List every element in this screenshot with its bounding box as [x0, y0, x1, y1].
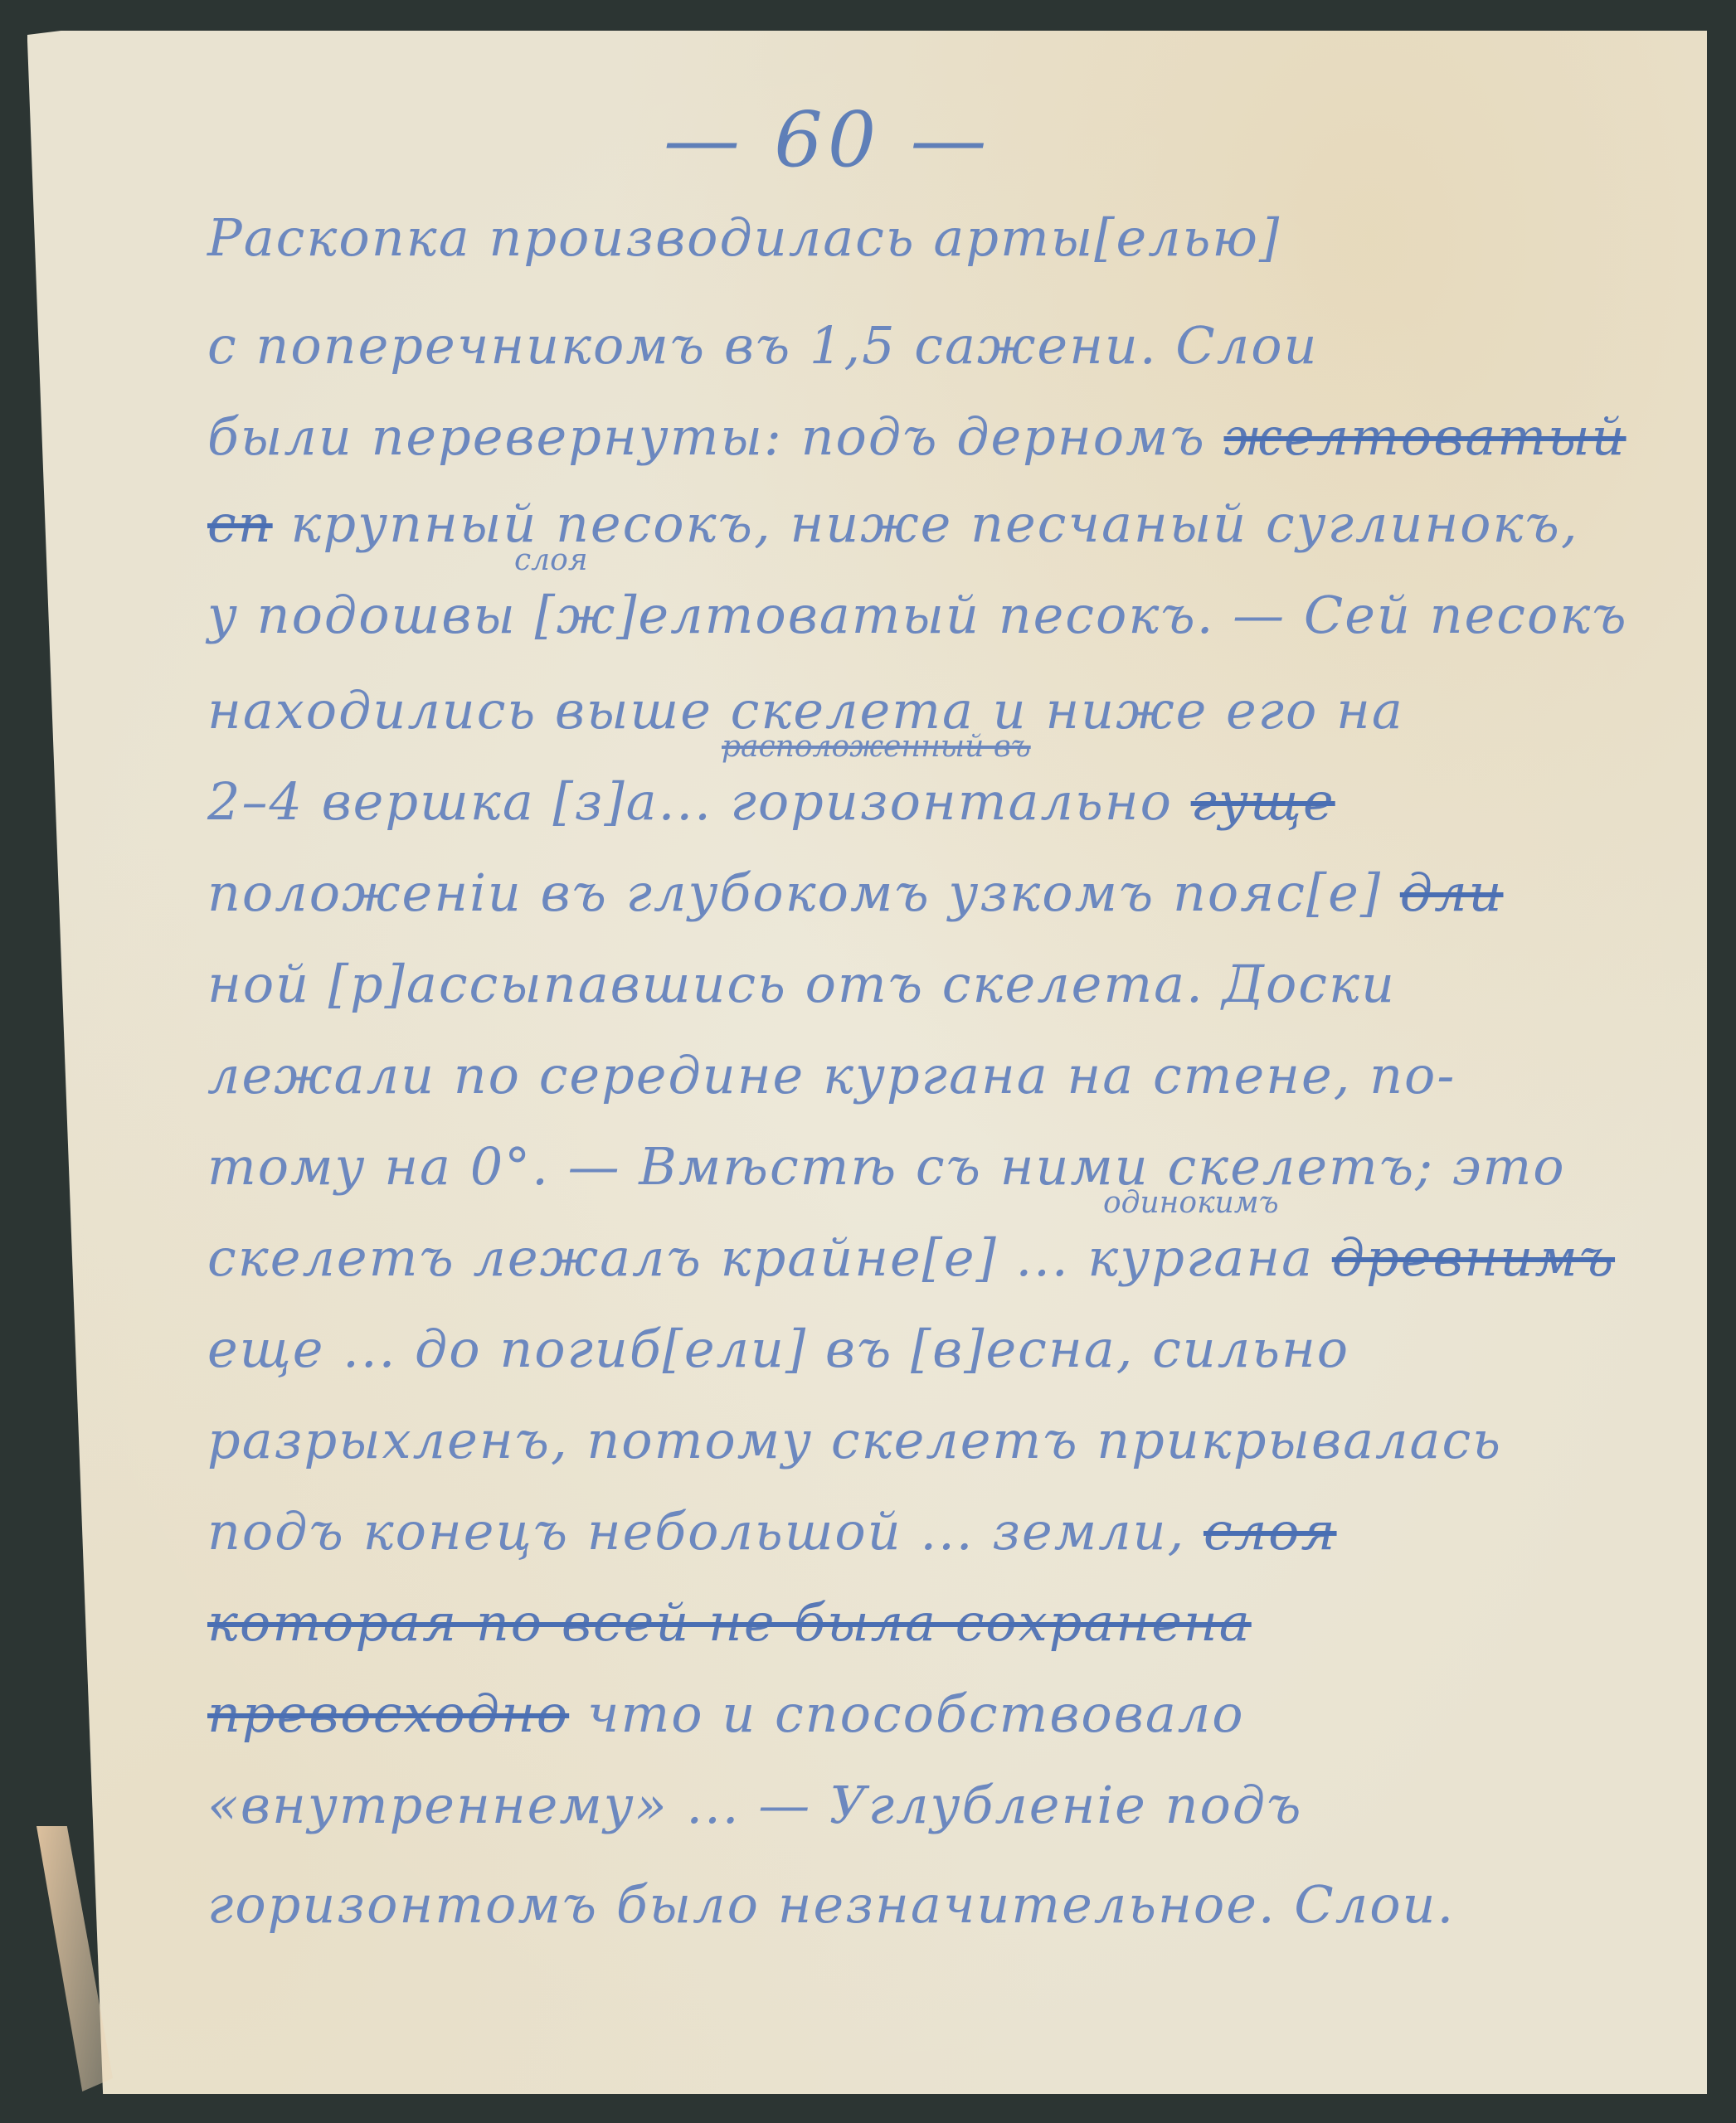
struck-text: гуще: [1191, 771, 1335, 832]
manuscript-line: 2–4 вершка [з]а... горизонтально гуще: [207, 771, 1335, 832]
struck-text: дли: [1400, 862, 1504, 923]
manuscript-line: горизонтомъ было незначительное. Слои.: [207, 1874, 1455, 1935]
line-text: подъ конецъ небольшой ... земли,: [207, 1501, 1185, 1562]
line-text: еще ... до погиб[ели] въ [в]есна, сильно: [207, 1319, 1349, 1379]
line-text: 2–4 вершка [з]а... горизонтально: [207, 771, 1173, 832]
manuscript-line: были перевернуты: подъ дерномъ желтоваты…: [207, 406, 1627, 467]
struck-text: превосходно: [207, 1683, 569, 1744]
line-text: горизонтомъ было незначительное. Слои.: [207, 1874, 1455, 1935]
manuscript-line: еще ... до погиб[ели] въ [в]есна, сильно: [207, 1319, 1349, 1379]
manuscript-line: Раскопка производилась арты[елью]: [207, 207, 1281, 268]
manuscript-line: с поперечникомъ въ 1,5 сажени. Слои: [207, 315, 1318, 376]
line-text: разрыхленъ, потому скелетъ прикрывалась: [207, 1410, 1502, 1470]
manuscript-line: превосходно что и способствовало: [207, 1683, 1245, 1744]
struck-text: желтоватый: [1223, 406, 1626, 467]
line-text: что и способствовало: [587, 1683, 1245, 1744]
line-text: Раскопка производилась арты[елью]: [207, 207, 1281, 268]
interlinear-insert: одинокимъ: [1103, 1186, 1279, 1220]
manuscript-line: подъ конецъ небольшой ... земли, слоя: [207, 1501, 1337, 1562]
manuscript-line: положеніи въ глубокомъ узкомъ пояс[е] дл…: [207, 862, 1503, 923]
manuscript-line: скелетъ лежалъ крайне[е] ... кургана дре…: [207, 1227, 1615, 1288]
line-text: крупный песокъ, ниже песчаный суглинокъ,: [290, 493, 1578, 554]
line-text: положеніи въ глубокомъ узкомъ пояс[е]: [207, 862, 1382, 923]
manuscript-line: «внутреннему» ... — Углубленіе подъ: [207, 1775, 1302, 1835]
struck-text: сп: [207, 493, 273, 554]
line-text: лежали по середине кургана на стене, по-: [207, 1045, 1456, 1105]
line-text: тому на 0°. — Вмѣстѣ съ ними скелетъ; эт…: [207, 1136, 1566, 1197]
struck-text: которая по всей не была сохранена: [207, 1592, 1252, 1653]
line-text: скелетъ лежалъ крайне[е] ... кургана: [207, 1227, 1314, 1288]
struck-text: древнимъ: [1332, 1227, 1615, 1288]
interlinear-insert: слоя: [514, 543, 588, 577]
manuscript-line: лежали по середине кургана на стене, по-: [207, 1045, 1456, 1105]
line-text: были перевернуты: подъ дерномъ: [207, 406, 1206, 467]
manuscript-line: которая по всей не была сохранена: [207, 1592, 1252, 1653]
manuscript-line: тому на 0°. — Вмѣстѣ съ ними скелетъ; эт…: [207, 1136, 1566, 1197]
manuscript-line: ной [р]ассыпавшись отъ скелета. Доски: [207, 954, 1396, 1014]
line-text: ной [р]ассыпавшись отъ скелета. Доски: [207, 954, 1396, 1014]
line-text: с поперечникомъ въ 1,5 сажени. Слои: [207, 315, 1318, 376]
line-text: у подошвы [ж]елтоватый песокъ. — Сей пес…: [207, 585, 1628, 645]
line-text: «внутреннему» ... — Углубленіе подъ: [207, 1775, 1302, 1835]
struck-text: слоя: [1204, 1501, 1337, 1562]
page-number: — 60 —: [664, 95, 992, 184]
manuscript-line: сп крупный песокъ, ниже песчаный суглино…: [207, 493, 1579, 554]
manuscript-line: у подошвы [ж]елтоватый песокъ. — Сей пес…: [207, 585, 1628, 645]
interlinear-insert: расположенный въ: [722, 730, 1031, 764]
manuscript-line: разрыхленъ, потому скелетъ прикрывалась: [207, 1410, 1502, 1470]
